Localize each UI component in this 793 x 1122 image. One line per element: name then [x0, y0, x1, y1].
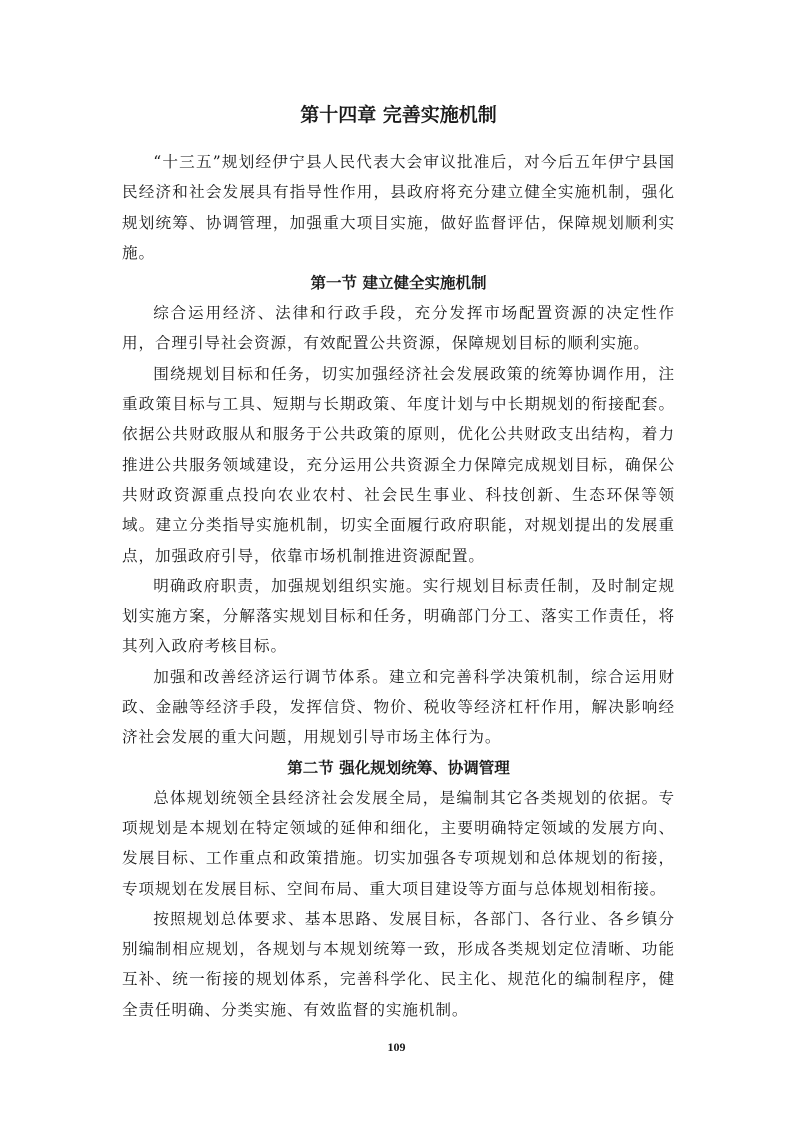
- paragraph: 加强和改善经济运行调节体系。建立和完善科学决策机制，综合运用财政、金融等经济手段…: [122, 662, 675, 753]
- paragraph: 明确政府职责，加强规划组织实施。实行规划目标责任制，及时制定规划实施方案，分解落…: [122, 571, 675, 662]
- section-title: 第二节 强化规划统筹、协调管理: [122, 753, 675, 783]
- chapter-intro-paragraph: “十三五”规划经伊宁县人民代表大会审议批准后，对今后五年伊宁县国民经济和社会发展…: [122, 147, 675, 268]
- section-2: 第二节 强化规划统筹、协调管理 总体规划统领全县经济社会发展全局，是编制其它各类…: [122, 753, 675, 1025]
- page-number: 109: [0, 1040, 793, 1055]
- section-title: 第一节 建立健全实施机制: [122, 268, 675, 298]
- section-1: 第一节 建立健全实施机制 综合运用经济、法律和行政手段，充分发挥市场配置资源的决…: [122, 268, 675, 752]
- document-page: 第十四章 完善实施机制 “十三五”规划经伊宁县人民代表大会审议批准后，对今后五年…: [122, 100, 675, 1025]
- chapter-title: 第十四章 完善实施机制: [122, 100, 675, 130]
- paragraph: 综合运用经济、法律和行政手段，充分发挥市场配置资源的决定性作用，合理引导社会资源…: [122, 298, 675, 359]
- paragraph: 总体规划统领全县经济社会发展全局，是编制其它各类规划的依据。专项规划是本规划在特…: [122, 783, 675, 904]
- paragraph: 按照规划总体要求、基本思路、发展目标，各部门、各行业、各乡镇分别编制相应规划，各…: [122, 904, 675, 1025]
- paragraph: 围绕规划目标和任务，切实加强经济社会发展政策的统筹协调作用，注重政策目标与工具、…: [122, 359, 675, 571]
